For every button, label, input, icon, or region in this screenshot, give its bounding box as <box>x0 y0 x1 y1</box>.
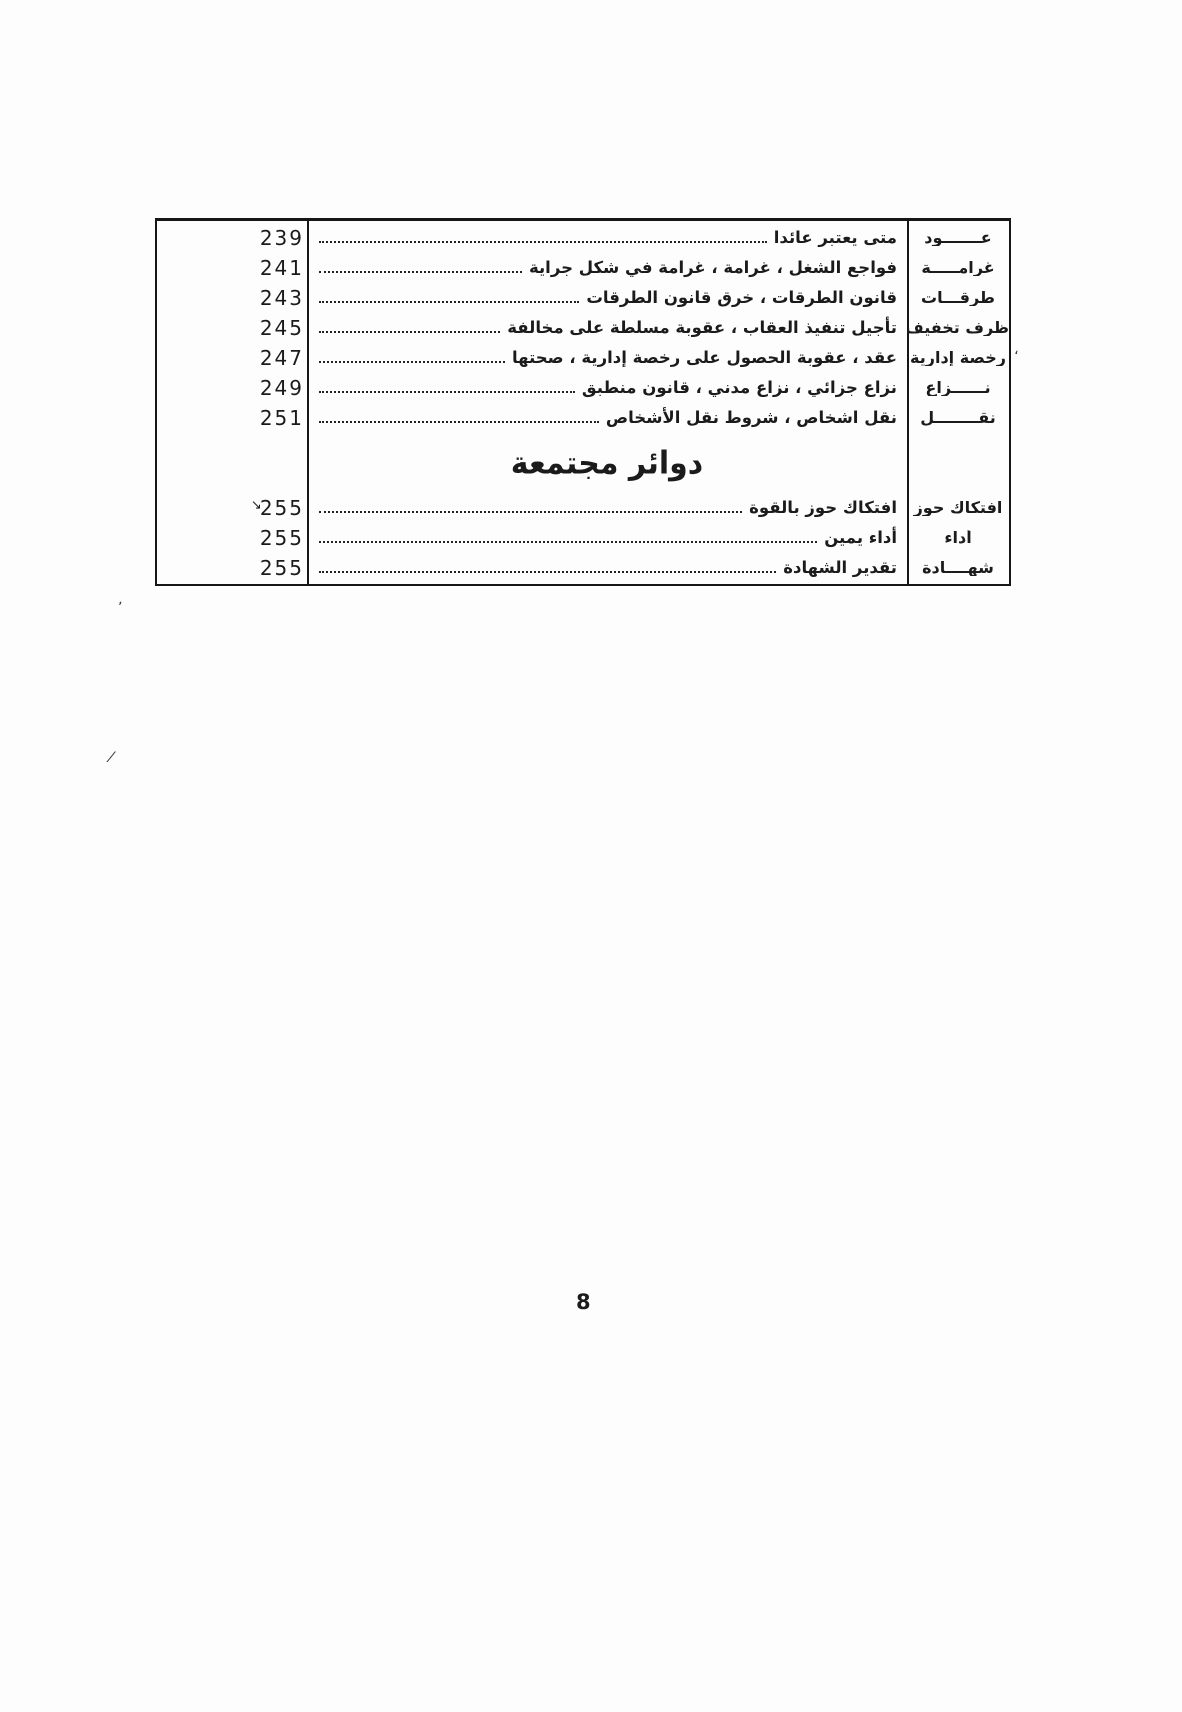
toc-entry-text: عقد ، عقوبة الحصول على رخصة إدارية ، صحت… <box>512 349 897 367</box>
toc-row: عـــــــود متى يعتبر عائدا 239 <box>157 223 1009 253</box>
toc-entry: افتكاك حوز بالقوة <box>307 499 907 517</box>
section-heading-row: دوائر مجتمعة <box>157 433 1009 493</box>
toc-keyword: غرامـــــة <box>907 260 1009 276</box>
toc-table: عـــــــود متى يعتبر عائدا 239 غرامـــــ… <box>155 218 1011 586</box>
page-value: 239 <box>260 226 304 250</box>
toc-keyword: رخصة إدارية <box>907 350 1009 366</box>
toc-keyword: نقــــــــل <box>907 410 1009 426</box>
toc-page-number: 241 <box>157 256 307 280</box>
toc-entry: قانون الطرقات ، خرق قانون الطرقات <box>307 289 907 307</box>
toc-row: أداء أداء يمين 255 <box>157 523 1009 553</box>
toc-keyword: طرقـــات <box>907 290 1009 306</box>
toc-page-number: 255 <box>157 526 307 550</box>
toc-entry-text: افتكاك حوز بالقوة <box>749 499 897 517</box>
toc-keyword: أداء <box>907 530 1009 546</box>
toc-entry: تأجيل تنفيذ العقاب ، عقوبة مسلطة على مخا… <box>307 319 907 337</box>
toc-row: طرقـــات قانون الطرقات ، خرق قانون الطرق… <box>157 283 1009 313</box>
dot-leader <box>319 530 817 543</box>
toc-row: ظرف تخفيف تأجيل تنفيذ العقاب ، عقوبة مسل… <box>157 313 1009 343</box>
toc-row: نقــــــــل نقل اشخاص ، شروط نقل الأشخاص… <box>157 403 1009 433</box>
page-value: 243 <box>260 286 304 310</box>
toc-entry-text: فواجع الشغل ، غرامة ، غرامة في شكل جراية <box>529 259 897 277</box>
toc-entry-text: نقل اشخاص ، شروط نقل الأشخاص <box>606 409 897 427</box>
toc-page-number: 255 <box>157 556 307 580</box>
page-value: 255 <box>260 526 304 550</box>
toc-entry: عقد ، عقوبة الحصول على رخصة إدارية ، صحت… <box>307 349 907 367</box>
toc-entry-text: تقدير الشهادة <box>783 559 897 577</box>
toc-row: رخصة إدارية عقد ، عقوبة الحصول على رخصة … <box>157 343 1009 373</box>
toc-entry: تقدير الشهادة <box>307 559 907 577</box>
stray-mark: ʼ <box>118 600 122 616</box>
toc-entry: متى يعتبر عائدا <box>307 229 907 247</box>
toc-entry-text: متى يعتبر عائدا <box>774 229 897 247</box>
toc-page-number: 245 <box>157 316 307 340</box>
toc-rows: عـــــــود متى يعتبر عائدا 239 غرامـــــ… <box>157 221 1009 584</box>
stray-mark: ⁄ <box>110 750 112 766</box>
page-value: 247 <box>260 346 304 370</box>
toc-page-number: 249 <box>157 376 307 400</box>
section-heading: دوائر مجتمعة <box>511 445 703 482</box>
dot-leader <box>319 260 522 273</box>
toc-page-number: ↘255 <box>157 496 307 520</box>
toc-keyword: ظرف تخفيف <box>907 320 1009 336</box>
dot-leader <box>319 230 767 243</box>
dot-leader <box>319 350 505 363</box>
stray-mark: ، <box>1014 342 1019 358</box>
toc-row: نــــــزاع نزاع جزائي ، نزاع مدني ، قانو… <box>157 373 1009 403</box>
toc-entry: فواجع الشغل ، غرامة ، غرامة في شكل جراية <box>307 259 907 277</box>
toc-entry-text: قانون الطرقات ، خرق قانون الطرقات <box>586 289 897 307</box>
page-number: 8 <box>576 1290 591 1314</box>
dot-leader <box>319 320 500 333</box>
toc-page-number: 251 <box>157 406 307 430</box>
toc-page-number: 243 <box>157 286 307 310</box>
toc-keyword: افتكاك حوز <box>907 500 1009 516</box>
toc-entry-text: نزاع جزائي ، نزاع مدني ، قانون منطبق <box>582 379 897 397</box>
toc-entry-text: تأجيل تنفيذ العقاب ، عقوبة مسلطة على مخا… <box>507 319 897 337</box>
toc-entry: نقل اشخاص ، شروط نقل الأشخاص <box>307 409 907 427</box>
page-value: 249 <box>260 376 304 400</box>
toc-page-number: 239 <box>157 226 307 250</box>
toc-row: غرامـــــة فواجع الشغل ، غرامة ، غرامة ف… <box>157 253 1009 283</box>
toc-row: شهــــادة تقدير الشهادة 255 <box>157 553 1009 583</box>
dot-leader <box>319 500 742 513</box>
page-value: 255 <box>260 556 304 580</box>
toc-keyword: شهــــادة <box>907 560 1009 576</box>
toc-keyword: نــــــزاع <box>907 380 1009 396</box>
toc-keyword: عـــــــود <box>907 230 1009 246</box>
dot-leader <box>319 290 579 303</box>
toc-page-number: 247 <box>157 346 307 370</box>
page-value: 251 <box>260 406 304 430</box>
dot-leader <box>319 410 599 423</box>
page-value: 255 <box>260 496 304 520</box>
toc-row: افتكاك حوز افتكاك حوز بالقوة ↘255 <box>157 493 1009 523</box>
toc-entry: نزاع جزائي ، نزاع مدني ، قانون منطبق <box>307 379 907 397</box>
dot-leader <box>319 560 776 573</box>
toc-entry-text: أداء يمين <box>824 529 897 547</box>
toc-entry: أداء يمين <box>307 529 907 547</box>
dot-leader <box>319 380 575 393</box>
page-value: 241 <box>260 256 304 280</box>
page-value: 245 <box>260 316 304 340</box>
